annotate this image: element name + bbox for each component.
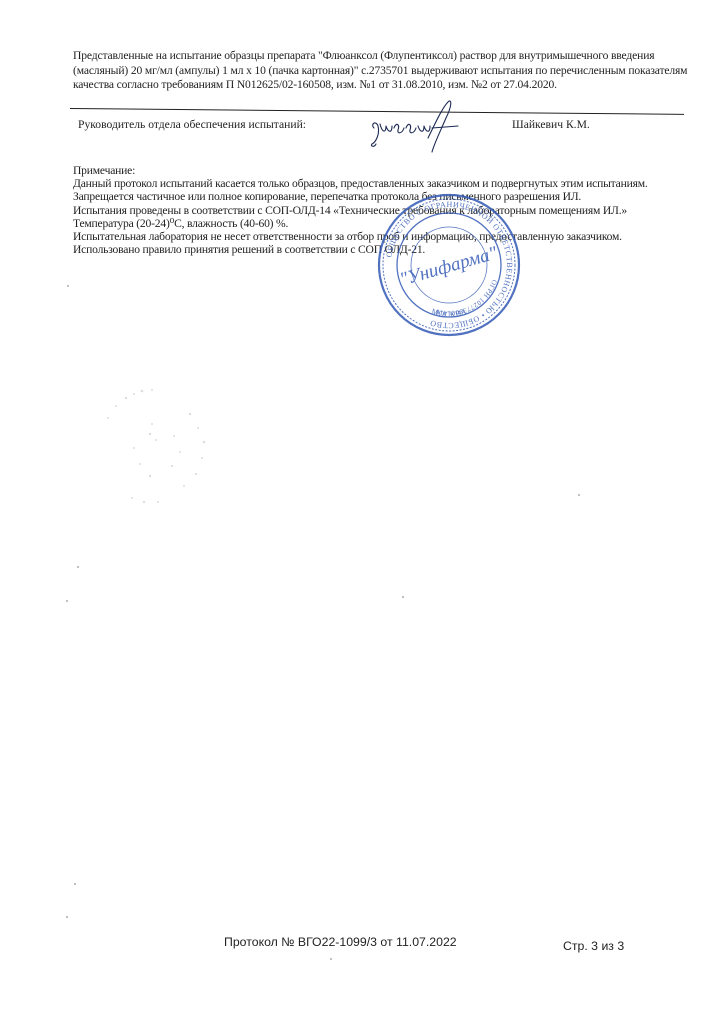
conclusion-line: (масляный) 20 мг/мл (ампулы) 1 мл х 10 (… [73,64,693,79]
scan-speck [74,883,76,885]
company-seal-stamp: ОБЩЕСТВО С ОГРАНИЧЕННОЙ ОТВЕТСТВЕННОСТЬЮ… [374,190,524,340]
protocol-number: Протокол № ВГО22-1099/3 от 11.07.2022 [224,935,457,949]
scan-speck [67,285,69,287]
scan-speck [66,916,68,918]
note-line: Данный протокол испытаний касается тольк… [73,177,703,190]
scan-speck [66,600,68,602]
conclusion-paragraph: Представленные на испытание образцы преп… [73,49,693,93]
page-number: Стр. 3 из 3 [563,939,624,953]
conclusion-line: качества согласно требованиям П N012625/… [73,78,693,93]
signatory-name: Шайкевич К.М. [512,118,590,131]
scan-speck [330,958,332,960]
signatory-role: Руководитель отдела обеспечения испытани… [78,118,306,131]
faded-seal-imprint [86,378,226,518]
scan-speck [578,494,580,496]
handwritten-signature [362,98,472,154]
conclusion-line: Представленные на испытание образцы преп… [73,49,693,64]
document-page: Представленные на испытание образцы преп… [0,0,724,1024]
stamp-company-name: "Унифарма" [397,242,500,290]
scan-speck [402,596,404,598]
scan-speck [77,566,79,568]
svg-text:МОСКВА: МОСКВА [430,307,468,319]
notes-title: Примечание: [73,164,703,177]
scan-speck [78,250,80,252]
